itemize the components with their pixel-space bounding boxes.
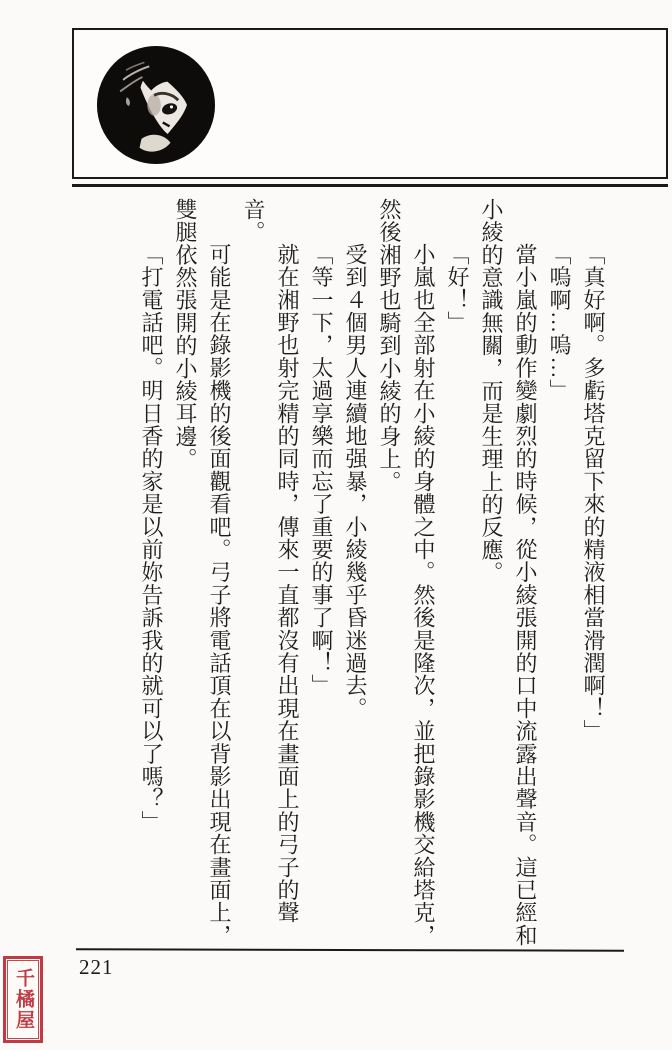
paragraph: 「真好啊。多虧塔克留下來的精液相當滑潤啊！」 (576, 198, 610, 950)
girl-portrait-icon (96, 45, 216, 165)
paragraph: 「嗚啊…嗚…」 (542, 198, 576, 950)
paragraph: 小嵐也全部射在小綾的身體之中。然後是隆次，並把錄影機交給塔克，然後湘野也騎到小綾… (372, 198, 440, 950)
footer-rule (76, 948, 624, 951)
paragraph: 可能是在錄影機的後面觀看吧。弓子將電話頂在以背影出現在畫面上，雙腿依然張開的小綾… (168, 198, 236, 950)
page-number: 221 (79, 955, 114, 980)
paragraph: 就在湘野也射完精的同時，傳來一直都沒有出現在畫面上的弓子的聲音。 (236, 198, 304, 950)
header-double-rule (72, 184, 668, 187)
novel-text-block: 「真好啊。多虧塔克留下來的精液相當滑潤啊！」 「嗚啊…嗚…」 當小嵐的動作變劇烈… (118, 198, 610, 950)
paragraph: 受到４個男人連續地强暴，小綾幾乎昏迷過去。 (338, 198, 372, 950)
header-illustration-box (72, 28, 668, 179)
seal-inner-border: 千橘屋 (7, 960, 39, 1039)
paragraph: 當小嵐的動作變劇烈的時候，從小綾張開的口中流露出聲音。這已經和小綾的意識無關，而… (474, 198, 542, 950)
paragraph: 「等一下，太過享樂而忘了重要的事了啊！」 (304, 198, 338, 950)
paragraph: 「好！」 (440, 198, 474, 950)
seal-stamp: 千橘屋 (3, 956, 43, 1043)
paragraph: 「打電話吧。明日香的家是以前妳告訴我的就可以了嗎？」 (134, 198, 168, 950)
seal-text: 千橘屋 (10, 968, 36, 1031)
